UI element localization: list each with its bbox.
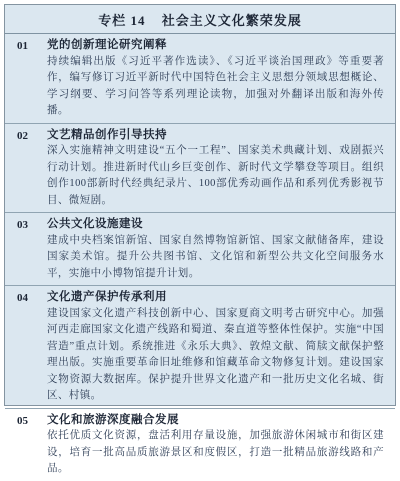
item-body: 持续编辑出版《习近平著作选读》、《习近平谈治国理政》等重要著作，编写修订习近平新… xyxy=(47,54,384,120)
item-content: 党的创新理论研究阐释 持续编辑出版《习近平著作选读》、《习近平谈治国理政》等重要… xyxy=(47,37,384,120)
item-heading: 公共文化设施建设 xyxy=(47,216,384,233)
item-heading: 党的创新理论研究阐释 xyxy=(47,37,384,54)
item-heading: 文化遗产保护传承利用 xyxy=(47,289,384,306)
item-content: 文艺精品创作引导扶持 深入实施精神文明建设“五个一工程”、国家美术典藏计划、戏剧… xyxy=(47,127,384,210)
item-body: 建成中央档案馆新馆、国家自然博物馆新馆、国家文献储备库，建设国家美术馆。提升公共… xyxy=(47,233,384,283)
panel-item-01: 01 党的创新理论研究阐释 持续编辑出版《习近平著作选读》、《习近平谈治国理政》… xyxy=(5,34,395,124)
item-body: 深入实施精神文明建设“五个一工程”、国家美术典藏计划、戏剧振兴行动计划。推进新时… xyxy=(47,143,384,209)
item-body: 建设国家文化遗产科技创新中心、国家夏商文明考古研究中心。加强河西走廊国家文化遗产… xyxy=(47,306,384,405)
item-content: 文化遗产保护传承利用 建设国家文化遗产科技创新中心、国家夏商文明考古研究中心。加… xyxy=(47,289,384,405)
panel-item-04: 04 文化遗产保护传承利用 建设国家文化遗产科技创新中心、国家夏商文明考古研究中… xyxy=(5,286,395,409)
item-number: 04 xyxy=(17,289,43,307)
panel-title-text: 社会主义文化繁荣发展 xyxy=(162,13,302,28)
item-heading: 文艺精品创作引导扶持 xyxy=(47,127,384,144)
panel-item-03: 03 公共文化设施建设 建成中央档案馆新馆、国家自然博物馆新馆、国家文献储备库，… xyxy=(5,213,395,286)
panel-title-prefix: 专栏 14 xyxy=(98,13,145,28)
culture-development-panel: 专栏 14 社会主义文化繁荣发展 01 党的创新理论研究阐释 持续编辑出版《习近… xyxy=(4,4,396,406)
item-number: 03 xyxy=(17,216,43,234)
item-number: 02 xyxy=(17,127,43,145)
item-number: 01 xyxy=(17,37,43,55)
item-content: 公共文化设施建设 建成中央档案馆新馆、国家自然博物馆新馆、国家文献储备库，建设国… xyxy=(47,216,384,282)
panel-title: 专栏 14 社会主义文化繁荣发展 xyxy=(5,5,395,34)
panel-item-02: 02 文艺精品创作引导扶持 深入实施精神文明建设“五个一工程”、国家美术典藏计划… xyxy=(5,124,395,214)
